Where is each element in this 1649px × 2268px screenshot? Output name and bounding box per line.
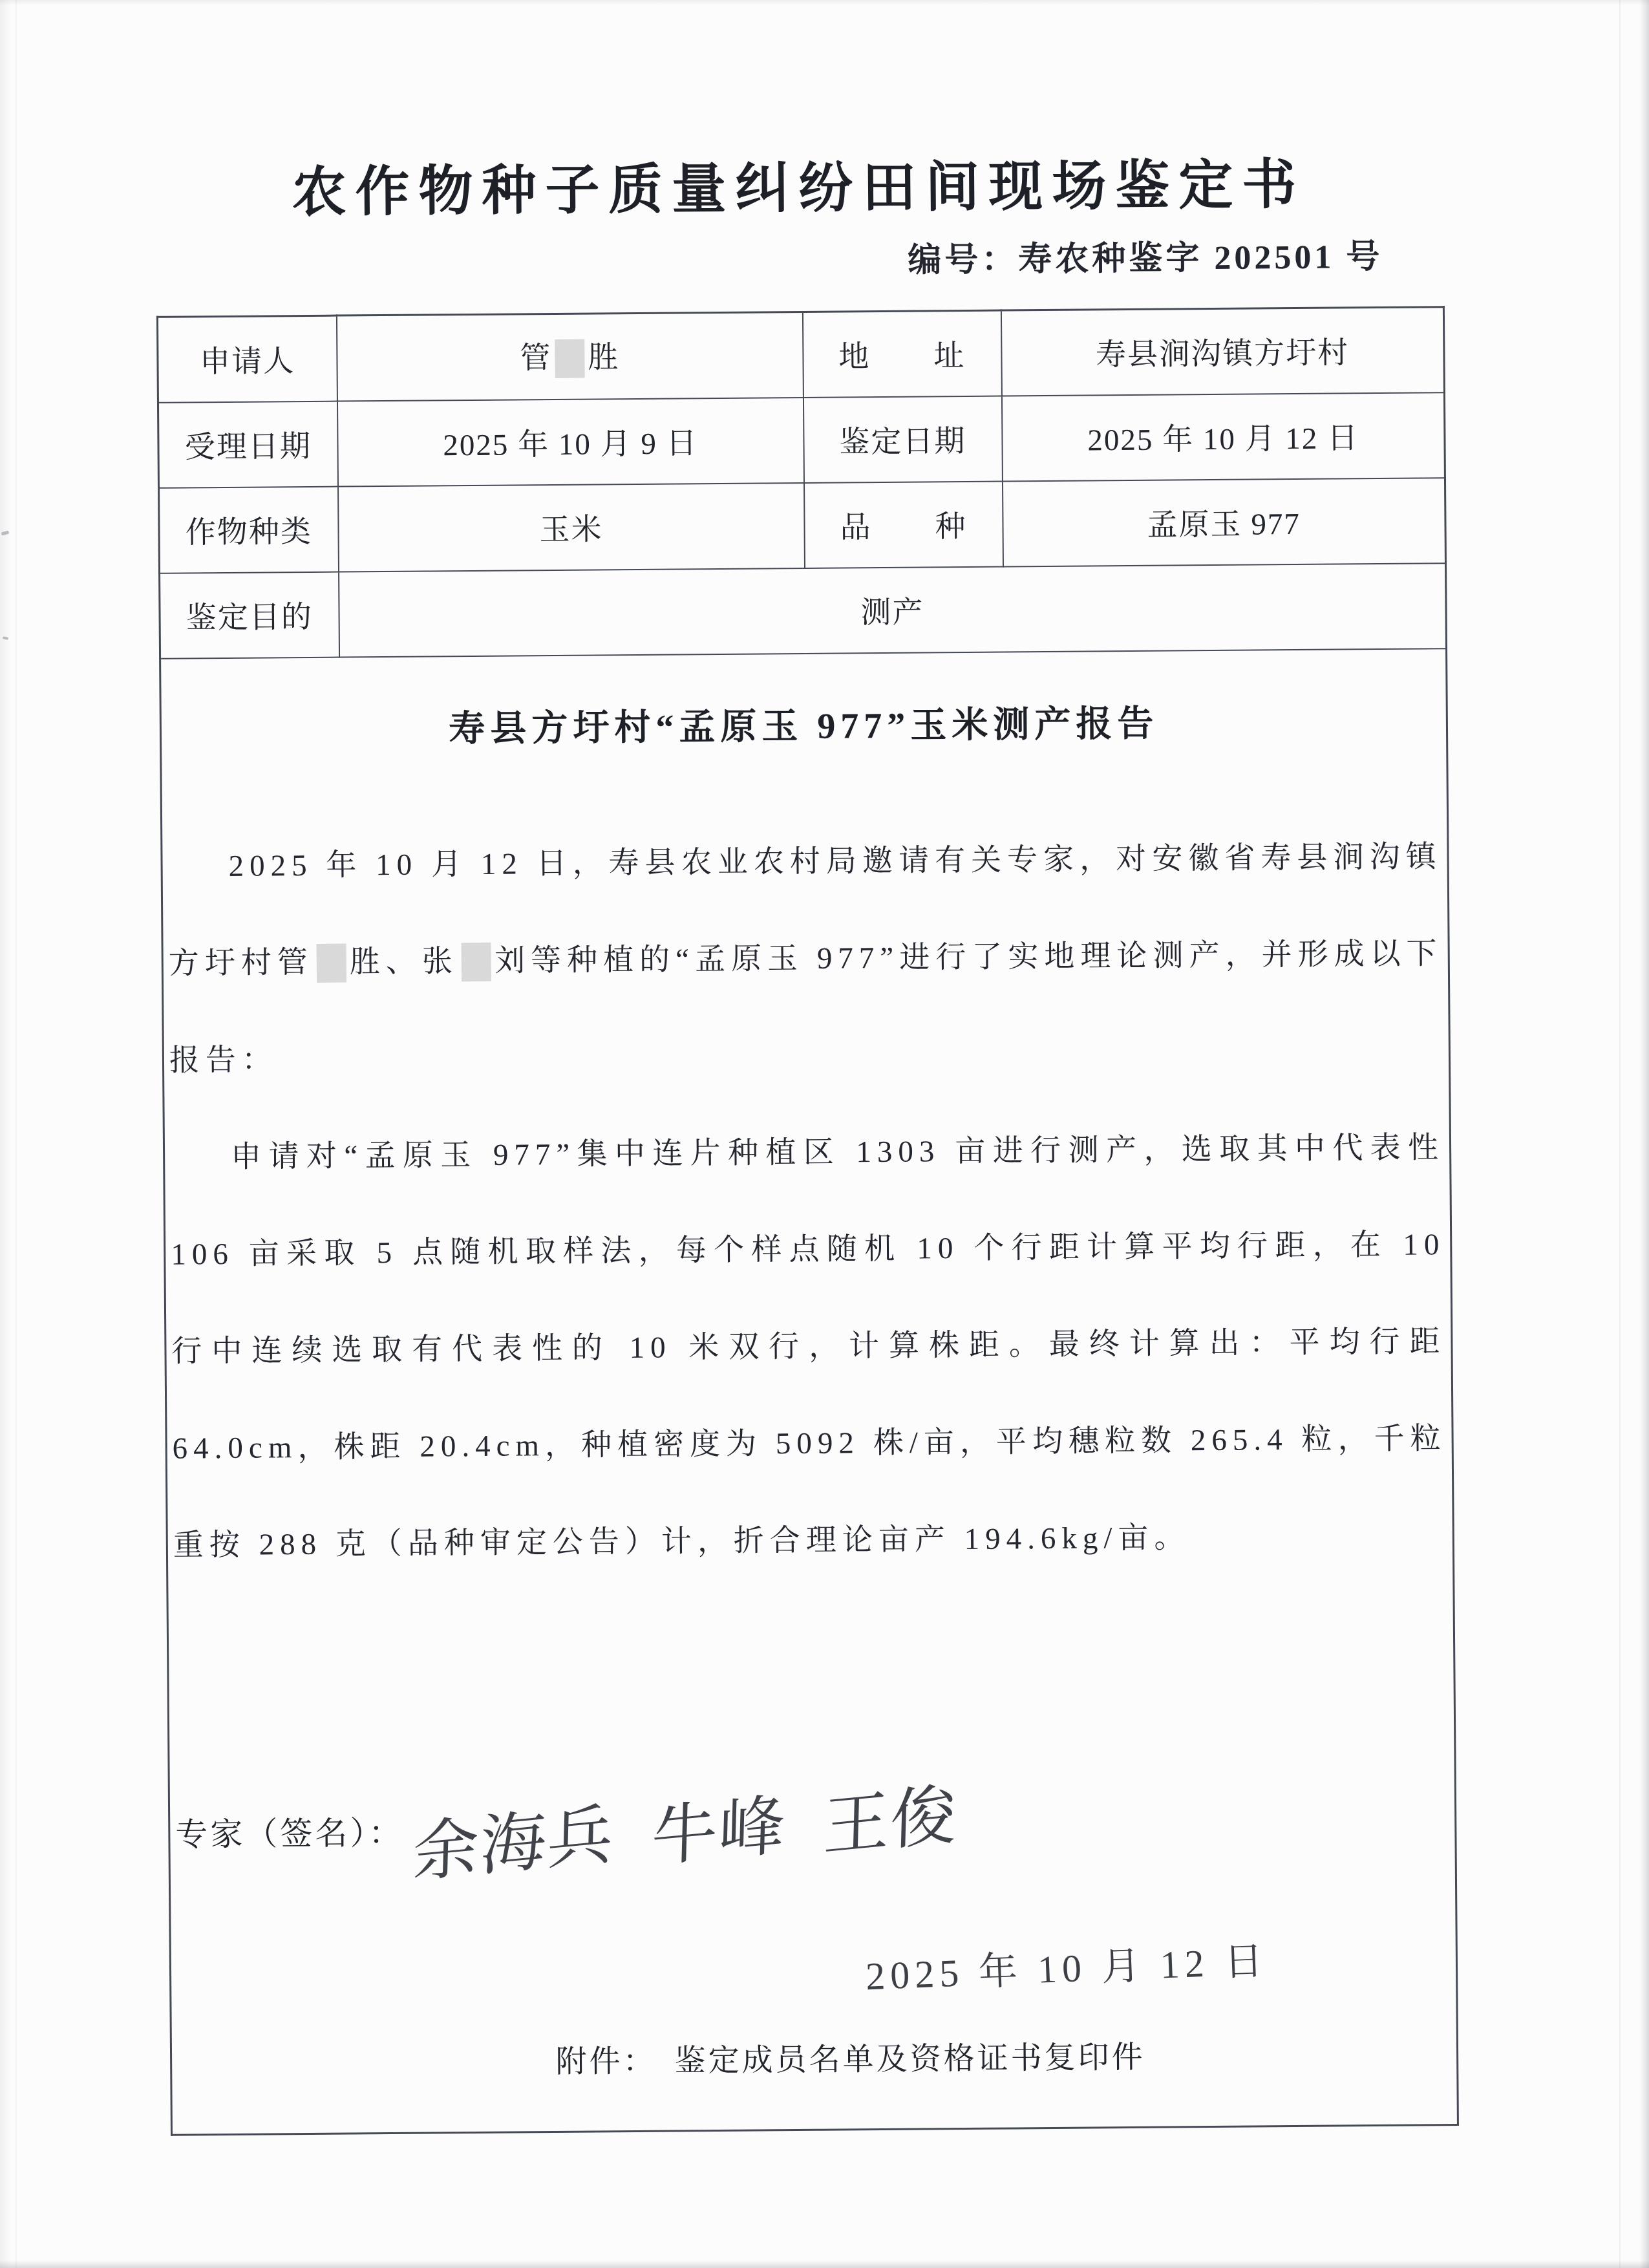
redaction-block xyxy=(555,339,584,378)
handwritten-date: 2025 年 10 月 12 日 xyxy=(176,1930,1269,2028)
applicant-given-name: 胜 xyxy=(588,341,619,374)
report-heading: 寿县方圩村“孟原玉 977”玉米测产报告 xyxy=(167,698,1442,754)
scan-edge-top xyxy=(0,0,1649,5)
signature-name: 牛峰 xyxy=(650,1772,787,1879)
acceptance-date-label: 受理日期 xyxy=(158,401,337,487)
redaction-block xyxy=(317,944,346,983)
table-row-applicant: 申请人 管胜 地 址 寿县涧沟镇方圩村 xyxy=(157,307,1444,403)
report-paragraph-2: 申请对“孟原玉 977”集中连片种植区 1303 亩进行测产，选取其中代表性 1… xyxy=(170,1099,1448,1594)
paragraph-text-segment: 胜、张 xyxy=(350,945,459,979)
redaction-block xyxy=(462,943,491,981)
appraisal-date-label: 鉴定日期 xyxy=(803,396,1002,482)
scan-edge-left xyxy=(0,0,12,2268)
report-paragraph-1: 2025 年 10 月 12 日，寿县农业农村局邀请有关专家，对安徽省寿县涧沟镇… xyxy=(167,808,1443,1109)
attachment-note: 附件： 鉴定成员名单及资格证书复印件 xyxy=(177,2029,1451,2084)
crop-type-label: 作物种类 xyxy=(159,486,339,573)
document-title: 农作物种子质量纠纷田间现场鉴定书 xyxy=(155,150,1442,228)
table-row-dates: 受理日期 2025 年 10 月 9 日 鉴定日期 2025 年 10 月 12… xyxy=(158,392,1445,488)
expert-signature-label: 专家（签名）： xyxy=(175,1807,404,1856)
scan-crease-right xyxy=(1619,0,1621,2268)
scan-edge-bottom xyxy=(0,2260,1649,2268)
applicant-value: 管胜 xyxy=(336,312,803,401)
table-row-purpose: 鉴定目的 测产 xyxy=(160,563,1447,659)
purpose-label: 鉴定目的 xyxy=(160,572,339,658)
table-row-report: 寿县方圩村“孟原玉 977”玉米测产报告 2025 年 10 月 12 日，寿县… xyxy=(160,648,1458,2135)
document-number: 编号：寿农种鉴字 202501 号 xyxy=(156,235,1442,289)
info-table: 申请人 管胜 地 址 寿县涧沟镇方圩村 受理日期 2025 年 10 月 9 日… xyxy=(156,306,1459,2136)
acceptance-date-value: 2025 年 10 月 9 日 xyxy=(337,397,803,486)
address-value: 寿县涧沟镇方圩村 xyxy=(1001,307,1444,396)
appraisal-date-value: 2025 年 10 月 12 日 xyxy=(1001,392,1445,481)
signature-name: 余海兵 xyxy=(412,1782,616,1896)
scanned-document-page: 农作物种子质量纠纷田间现场鉴定书 编号：寿农种鉴字 202501 号 申请人 管… xyxy=(0,0,1649,2268)
table-row-crop: 作物种类 玉米 品 种 孟原玉 977 xyxy=(159,478,1446,573)
scan-edge-right xyxy=(1640,0,1649,2268)
document-content: 农作物种子质量纠纷田间现场鉴定书 编号：寿农种鉴字 202501 号 申请人 管… xyxy=(155,150,1457,2136)
scan-crease-left xyxy=(16,0,17,2268)
variety-label: 品 种 xyxy=(803,481,1003,568)
expert-signature-row: 专家（签名）： 余海兵牛峰王俊 xyxy=(175,1775,1450,1879)
applicant-label: 申请人 xyxy=(157,316,337,402)
address-label: 地 址 xyxy=(802,310,1001,397)
purpose-value: 测产 xyxy=(339,563,1447,657)
applicant-surname: 管 xyxy=(520,341,551,375)
signature-name: 王俊 xyxy=(822,1762,959,1869)
expert-signatures: 余海兵牛峰王俊 xyxy=(410,1764,961,1892)
crop-type-value: 玉米 xyxy=(338,482,805,572)
report-body-cell: 寿县方圩村“孟原玉 977”玉米测产报告 2025 年 10 月 12 日，寿县… xyxy=(160,648,1458,2135)
variety-value: 孟原玉 977 xyxy=(1002,478,1445,566)
